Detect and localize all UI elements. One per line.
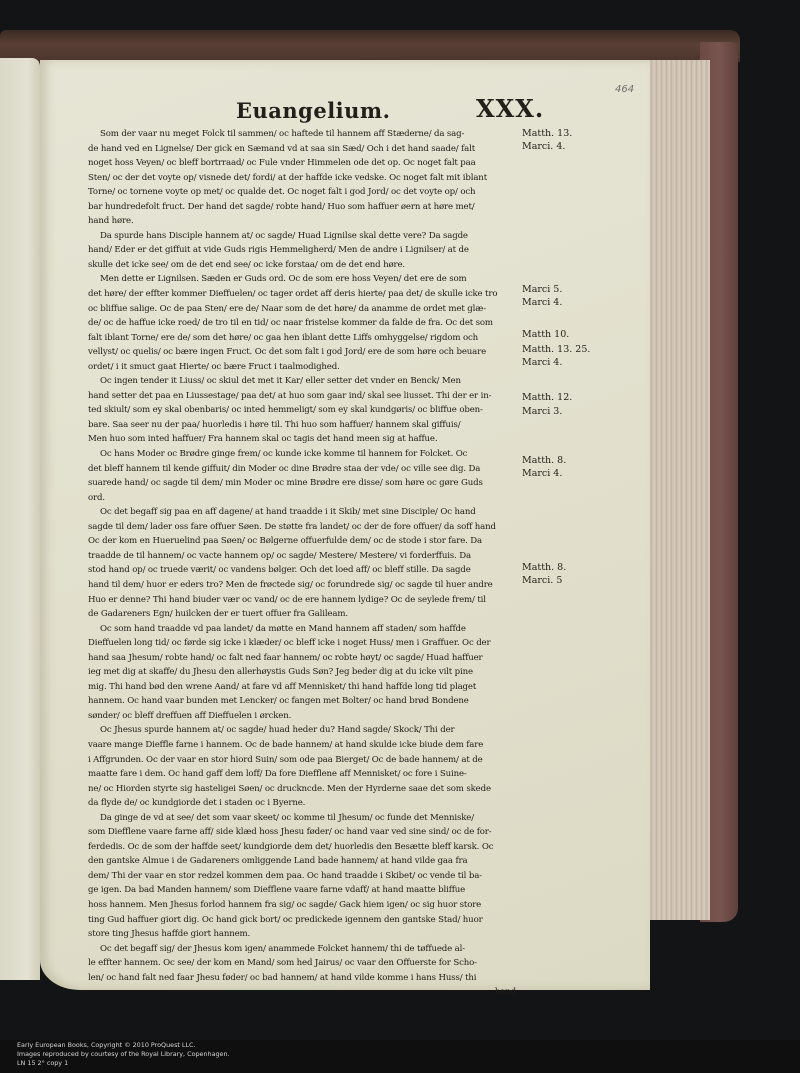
text-line: vaare mange Dieffle farne i hannem. Oc d… (88, 738, 516, 753)
text-line: Oc som hand traadde vd paa landet/ da mø… (88, 622, 516, 637)
text-line: hand saa Jhesum/ robte hand/ oc falt ned… (88, 651, 516, 666)
text-line: hand høre. (88, 214, 516, 229)
chapter-numeral: XXX. (476, 94, 544, 123)
text-line: len/ oc hand falt ned faar Jhesu føder/ … (88, 971, 516, 986)
text-line: le effter hannem. Oc see/ der kom en Man… (88, 956, 516, 971)
text-line: ge igen. Da bad Manden hannem/ som Dieff… (88, 883, 516, 898)
margin-reference-note: Marci. 4. (522, 140, 565, 153)
text-line: bar hundredefolt fruct. Der hand det sag… (88, 200, 516, 215)
text-line: Oc Jhesus spurde hannem at/ oc sagde/ hu… (88, 723, 516, 738)
text-line: skulle det icke see/ om de det end see/ … (88, 258, 516, 273)
margin-reference-note: Matth. 12. (522, 391, 572, 404)
margin-reference-note: Marci 4. (522, 296, 562, 309)
copyright-credits: Early European Books, Copyright © 2010 P… (17, 1041, 230, 1068)
text-line: ne/ oc Hiorden styrte sig hasteligei Søe… (88, 782, 516, 797)
margin-reference-note: Marci 5. (522, 283, 562, 296)
text-line: det bleff hannem til kende giffuit/ din … (88, 462, 516, 477)
body-text: Som der vaar nu meget Folck til sammen/ … (88, 127, 516, 1000)
text-line: da flyde de/ oc kundgiorde det i staden … (88, 796, 516, 811)
text-line: Som der vaar nu meget Folck til sammen/ … (88, 127, 516, 142)
margin-reference-note: Matth. 13. 25. (522, 343, 590, 356)
text-line: ferdedis. Oc de som der haffde seet/ kun… (88, 840, 516, 855)
credit-line-courtesy: Images reproduced by courtesy of the Roy… (17, 1050, 230, 1059)
text-line: de hand ved en Lignelse/ Der gick en Sæm… (88, 142, 516, 157)
text-line: ordet/ i it smuct gaat Hierte/ oc bære F… (88, 360, 516, 375)
text-line: ieg met dig at skaffe/ du Jhesu den alle… (88, 665, 516, 680)
margin-reference-note: Matth 10. (522, 328, 569, 341)
text-line: sagde til dem/ lader oss fare offuer Søe… (88, 520, 516, 535)
text-line: store ting Jhesus haffde giort hannem. (88, 927, 516, 942)
margin-reference-note: Matth. 13. (522, 127, 572, 140)
text-line: Oc der kom en Hueruelind paa Søen/ oc Bø… (88, 534, 516, 549)
text-line: hand setter det paa en Liussestage/ paa … (88, 389, 516, 404)
text-line: den gantske Almue i de Gadareners omligg… (88, 854, 516, 869)
text-line: oc bliffue salige. Oc de paa Sten/ ere d… (88, 302, 516, 317)
text-line: ted skiult/ som ey skal obenbaris/ oc in… (88, 403, 516, 418)
text-line: hand til dem/ huor er eders tro? Men de … (88, 578, 516, 593)
text-line: sønder/ oc bleff dreffuen aff Dieffuelen… (88, 709, 516, 724)
text-line: de Gadareners Egn/ huilcken der er tuert… (88, 607, 516, 622)
facing-left-page (0, 58, 40, 980)
text-line: stod hand op/ oc truede værit/ oc vanden… (88, 563, 516, 578)
text-line: mig. Thi hand bød den wrene Aand/ at far… (88, 680, 516, 695)
text-line: Da spurde hans Disciple hannem at/ oc sa… (88, 229, 516, 244)
margin-reference-note: Matth. 8. (522, 561, 566, 574)
text-line: som Diefflene vaare farne aff/ side klæd… (88, 825, 516, 840)
text-line: bare. Saa seer nu der paa/ huorledis i h… (88, 418, 516, 433)
text-line: ting Gud haffuer giort dig. Oc hand gick… (88, 913, 516, 928)
margin-reference-note: Marci 4. (522, 467, 562, 480)
text-line: Men dette er Lignilsen. Sæden er Guds or… (88, 272, 516, 287)
text-line: de/ oc de haffue icke roed/ de tro til e… (88, 316, 516, 331)
text-line: Oc ingen tender it Liuss/ oc skiul det m… (88, 374, 516, 389)
credit-line-shelfmark: LN 15 2° copy 1 (17, 1059, 230, 1068)
text-line: Da ginge de vd at see/ det som vaar skee… (88, 811, 516, 826)
text-line: Huo er denne? Thi hand biuder vær oc van… (88, 593, 516, 608)
text-line: maatte fare i dem. Oc hand gaff dem loff… (88, 767, 516, 782)
text-line: suarede hand/ oc sagde til dem/ min Mode… (88, 476, 516, 491)
text-line: falt iblant Torne/ ere de/ som det høre/… (88, 331, 516, 346)
text-line: Oc det begaff sig/ der Jhesus kom igen/ … (88, 942, 516, 957)
margin-reference-note: Marci. 5 (522, 574, 562, 587)
credit-line-copyright: Early European Books, Copyright © 2010 P… (17, 1041, 230, 1050)
margin-reference-note: Matth. 8. (522, 454, 566, 467)
text-line: Oc det begaff sig paa en aff dagene/ at … (88, 505, 516, 520)
text-line: Torne/ oc tornene voyte op met/ oc quald… (88, 185, 516, 200)
text-line: vellyst/ oc quelis/ oc bære ingen Fruct.… (88, 345, 516, 360)
text-line: noget hoss Veyen/ oc bleff bortrraad/ oc… (88, 156, 516, 171)
text-line: det høre/ der effter kommer Dieffuelen/ … (88, 287, 516, 302)
text-line: dem/ Thi der vaar en stor redzel kommen … (88, 869, 516, 884)
page-block-fore-edge (648, 60, 710, 920)
text-line: Oc hans Moder oc Brødre ginge frem/ oc k… (88, 447, 516, 462)
margin-reference-note: Marci 4. (522, 356, 562, 369)
text-line: Dieffuelen long tid/ oc førde sig icke i… (88, 636, 516, 651)
text-line: hoss hannem. Men Jhesus forlod hannem fr… (88, 898, 516, 913)
text-line: hand (88, 985, 516, 1000)
text-line: Sten/ oc der det voyte op/ visnede det/ … (88, 171, 516, 186)
text-line: traadde de til hannem/ oc vacte hannem o… (88, 549, 516, 564)
margin-reference-note: Marci 3. (522, 405, 562, 418)
text-line: Men huo som inted haffuer/ Fra hannem sk… (88, 432, 516, 447)
running-head-title: Euangelium. (236, 98, 390, 123)
book-scan: 464 Euangelium. XXX. Som der vaar nu meg… (0, 0, 800, 1040)
handwritten-folio-number: 464 (615, 84, 634, 95)
text-line: hannem. Oc hand vaar bunden met Lencker/… (88, 694, 516, 709)
text-line: i Affgrunden. Oc der vaar en stor hiord … (88, 753, 516, 768)
text-line: ord. (88, 491, 516, 506)
text-line: hand/ Eder er det giffuit at vide Guds r… (88, 243, 516, 258)
book-cover-top-edge (0, 30, 740, 62)
